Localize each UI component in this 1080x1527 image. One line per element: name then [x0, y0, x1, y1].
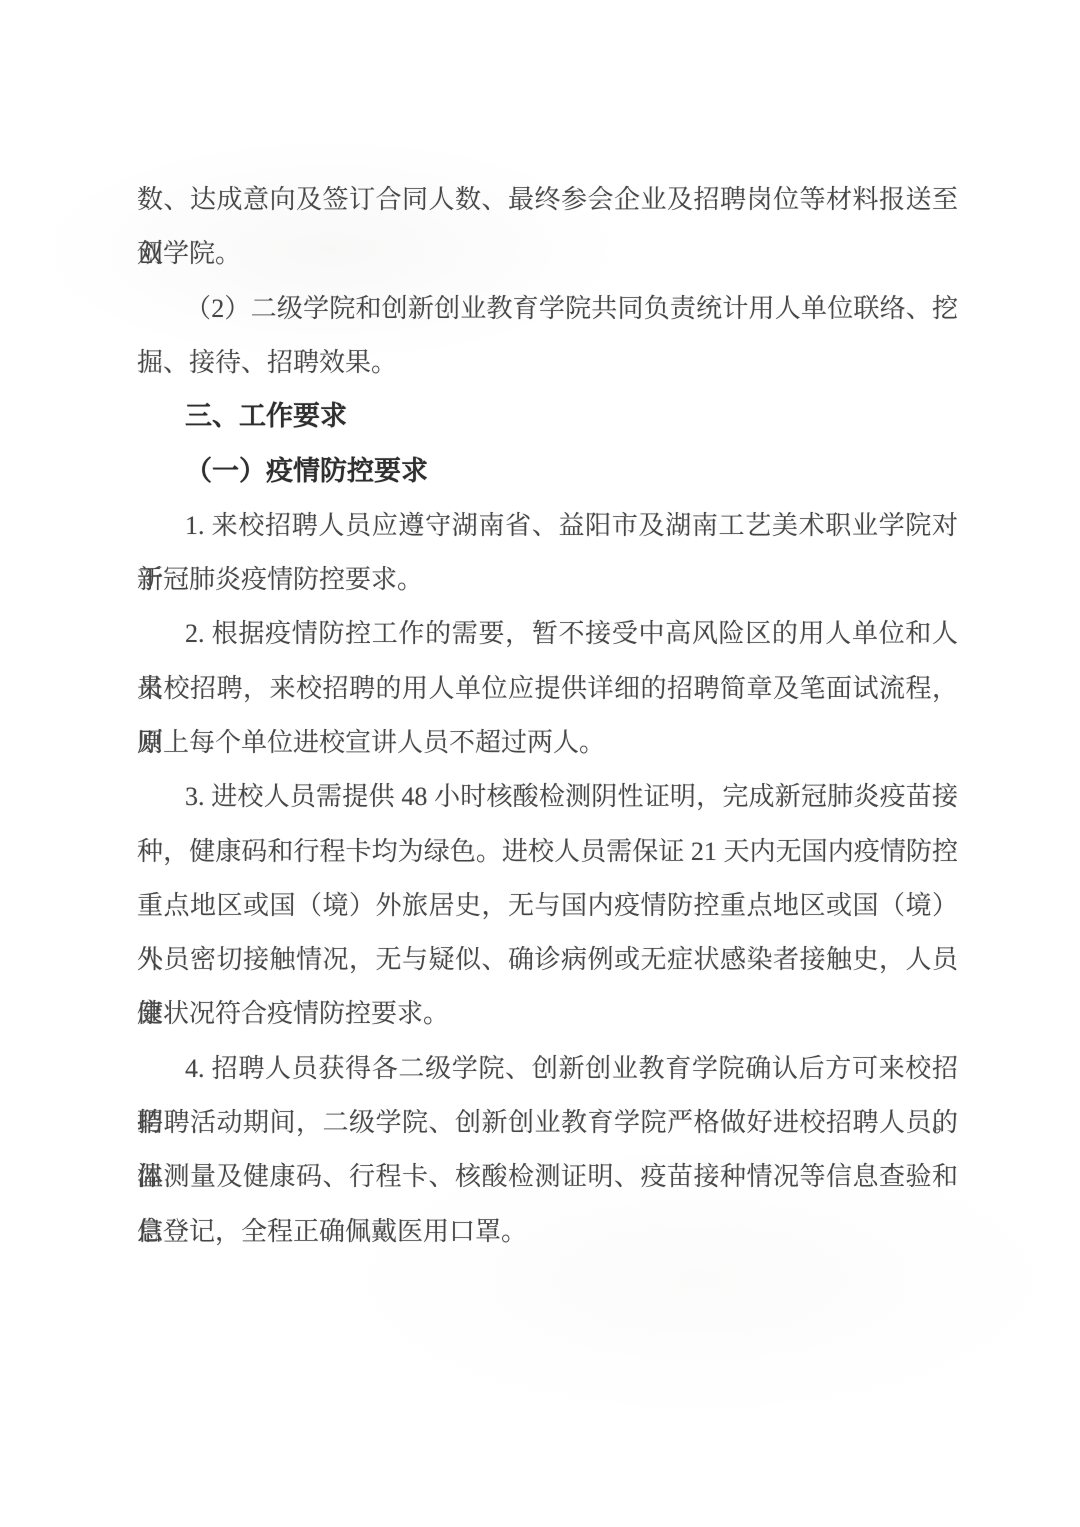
text-line: 新冠肺炎疫情防控要求。 [137, 553, 958, 607]
text-line: 招聘活动期间，二级学院、创新创业教育学院严格做好进校招聘人员的体 [137, 1096, 958, 1150]
text-line: 温测量及健康码、行程卡、核酸检测证明、疫苗接种情况等信息查验和信 [137, 1150, 958, 1204]
document-page: 数、达成意向及签订合同人数、最终参会企业及招聘岗位等材料报送至双 创学院。 （2… [0, 0, 1080, 1527]
text-line: 掘、接待、招聘效果。 [137, 336, 958, 390]
text-line: 种，健康码和行程卡均为绿色。进校人员需保证 21 天内无国内疫情防控 [137, 825, 958, 879]
text-line: 数、达成意向及签订合同人数、最终参会企业及招聘岗位等材料报送至双 [137, 173, 958, 227]
text-line: 人员密切接触情况，无与疑似、确诊病例或无症状感染者接触史，人员健 [137, 933, 958, 987]
text-line: 3. 进校人员需提供 48 小时核酸检测阴性证明，完成新冠肺炎疫苗接 [137, 770, 958, 824]
subsection-heading: （一）疫情防控要求 [137, 444, 958, 498]
text-line: 息登记，全程正确佩戴医用口罩。 [137, 1205, 958, 1259]
text-line: 创学院。 [137, 227, 958, 281]
document-body: 数、达成意向及签订合同人数、最终参会企业及招聘岗位等材料报送至双 创学院。 （2… [137, 173, 958, 1259]
text-line: 4. 招聘人员获得各二级学院、创新创业教育学院确认后方可来校招聘。 [137, 1042, 958, 1096]
text-line: 2. 根据疫情防控工作的需要，暂不接受中高风险区的用人单位和人员 [137, 607, 958, 661]
text-line: 来校招聘，来校招聘的用人单位应提供详细的招聘简章及笔面试流程，原 [137, 662, 958, 716]
text-line: 康状况符合疫情防控要求。 [137, 987, 958, 1041]
section-heading: 三、工作要求 [137, 390, 958, 444]
text-line: 1. 来校招聘人员应遵守湖南省、益阳市及湖南工艺美术职业学院对于 [137, 499, 958, 553]
text-line: 重点地区或国（境）外旅居史，无与国内疫情防控重点地区或国（境）外 [137, 879, 958, 933]
text-line: （2）二级学院和创新创业教育学院共同负责统计用人单位联络、挖 [137, 282, 958, 336]
text-line: 则上每个单位进校宣讲人员不超过两人。 [137, 716, 958, 770]
